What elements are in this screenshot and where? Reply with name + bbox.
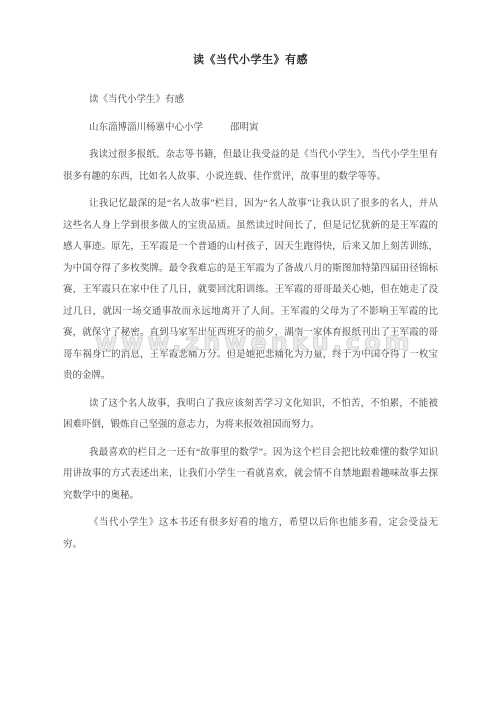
byline: 山东淄博淄川杨寨中心小学邵明寅 (63, 118, 438, 140)
document-content: 读《当代小学生》有感 读《当代小学生》有感 山东淄博淄川杨寨中心小学邵明寅 我读… (63, 53, 438, 562)
body-paragraph-lesson: 读了这个名人故事，我明白了我应该刻苦学习文化知识，不怕苦，不怕累，不能被困难吓倒… (63, 394, 438, 437)
byline-author: 邵明寅 (230, 123, 259, 133)
document-subtitle: 读《当代小学生》有感 (63, 90, 438, 112)
body-paragraph-closing: 《当代小学生》这本书还有很多好看的地方，希望以后你也能多看，定会受益无穷。 (63, 513, 438, 556)
body-paragraph-math-column: 我最喜欢的栏目之一还有“故事里的数学”。因为这个栏目会把比较难懂的数学知识用讲故… (63, 443, 438, 508)
byline-school: 山东淄博淄川杨寨中心小学 (89, 123, 203, 133)
document-title: 读《当代小学生》有感 (63, 53, 438, 67)
body-paragraph-famous-story: 让我记忆最深的是“名人故事”栏目，因为“名人故事”让我认识了很多的名人，并从这些… (63, 194, 438, 388)
body-paragraph-intro: 我读过很多报纸、杂志等书籍，但最让我受益的是《当代小学生》，当代小学生里有很多有… (63, 145, 438, 188)
document-page: 读《当代小学生》有感 读《当代小学生》有感 山东淄博淄川杨寨中心小学邵明寅 我读… (0, 0, 500, 708)
